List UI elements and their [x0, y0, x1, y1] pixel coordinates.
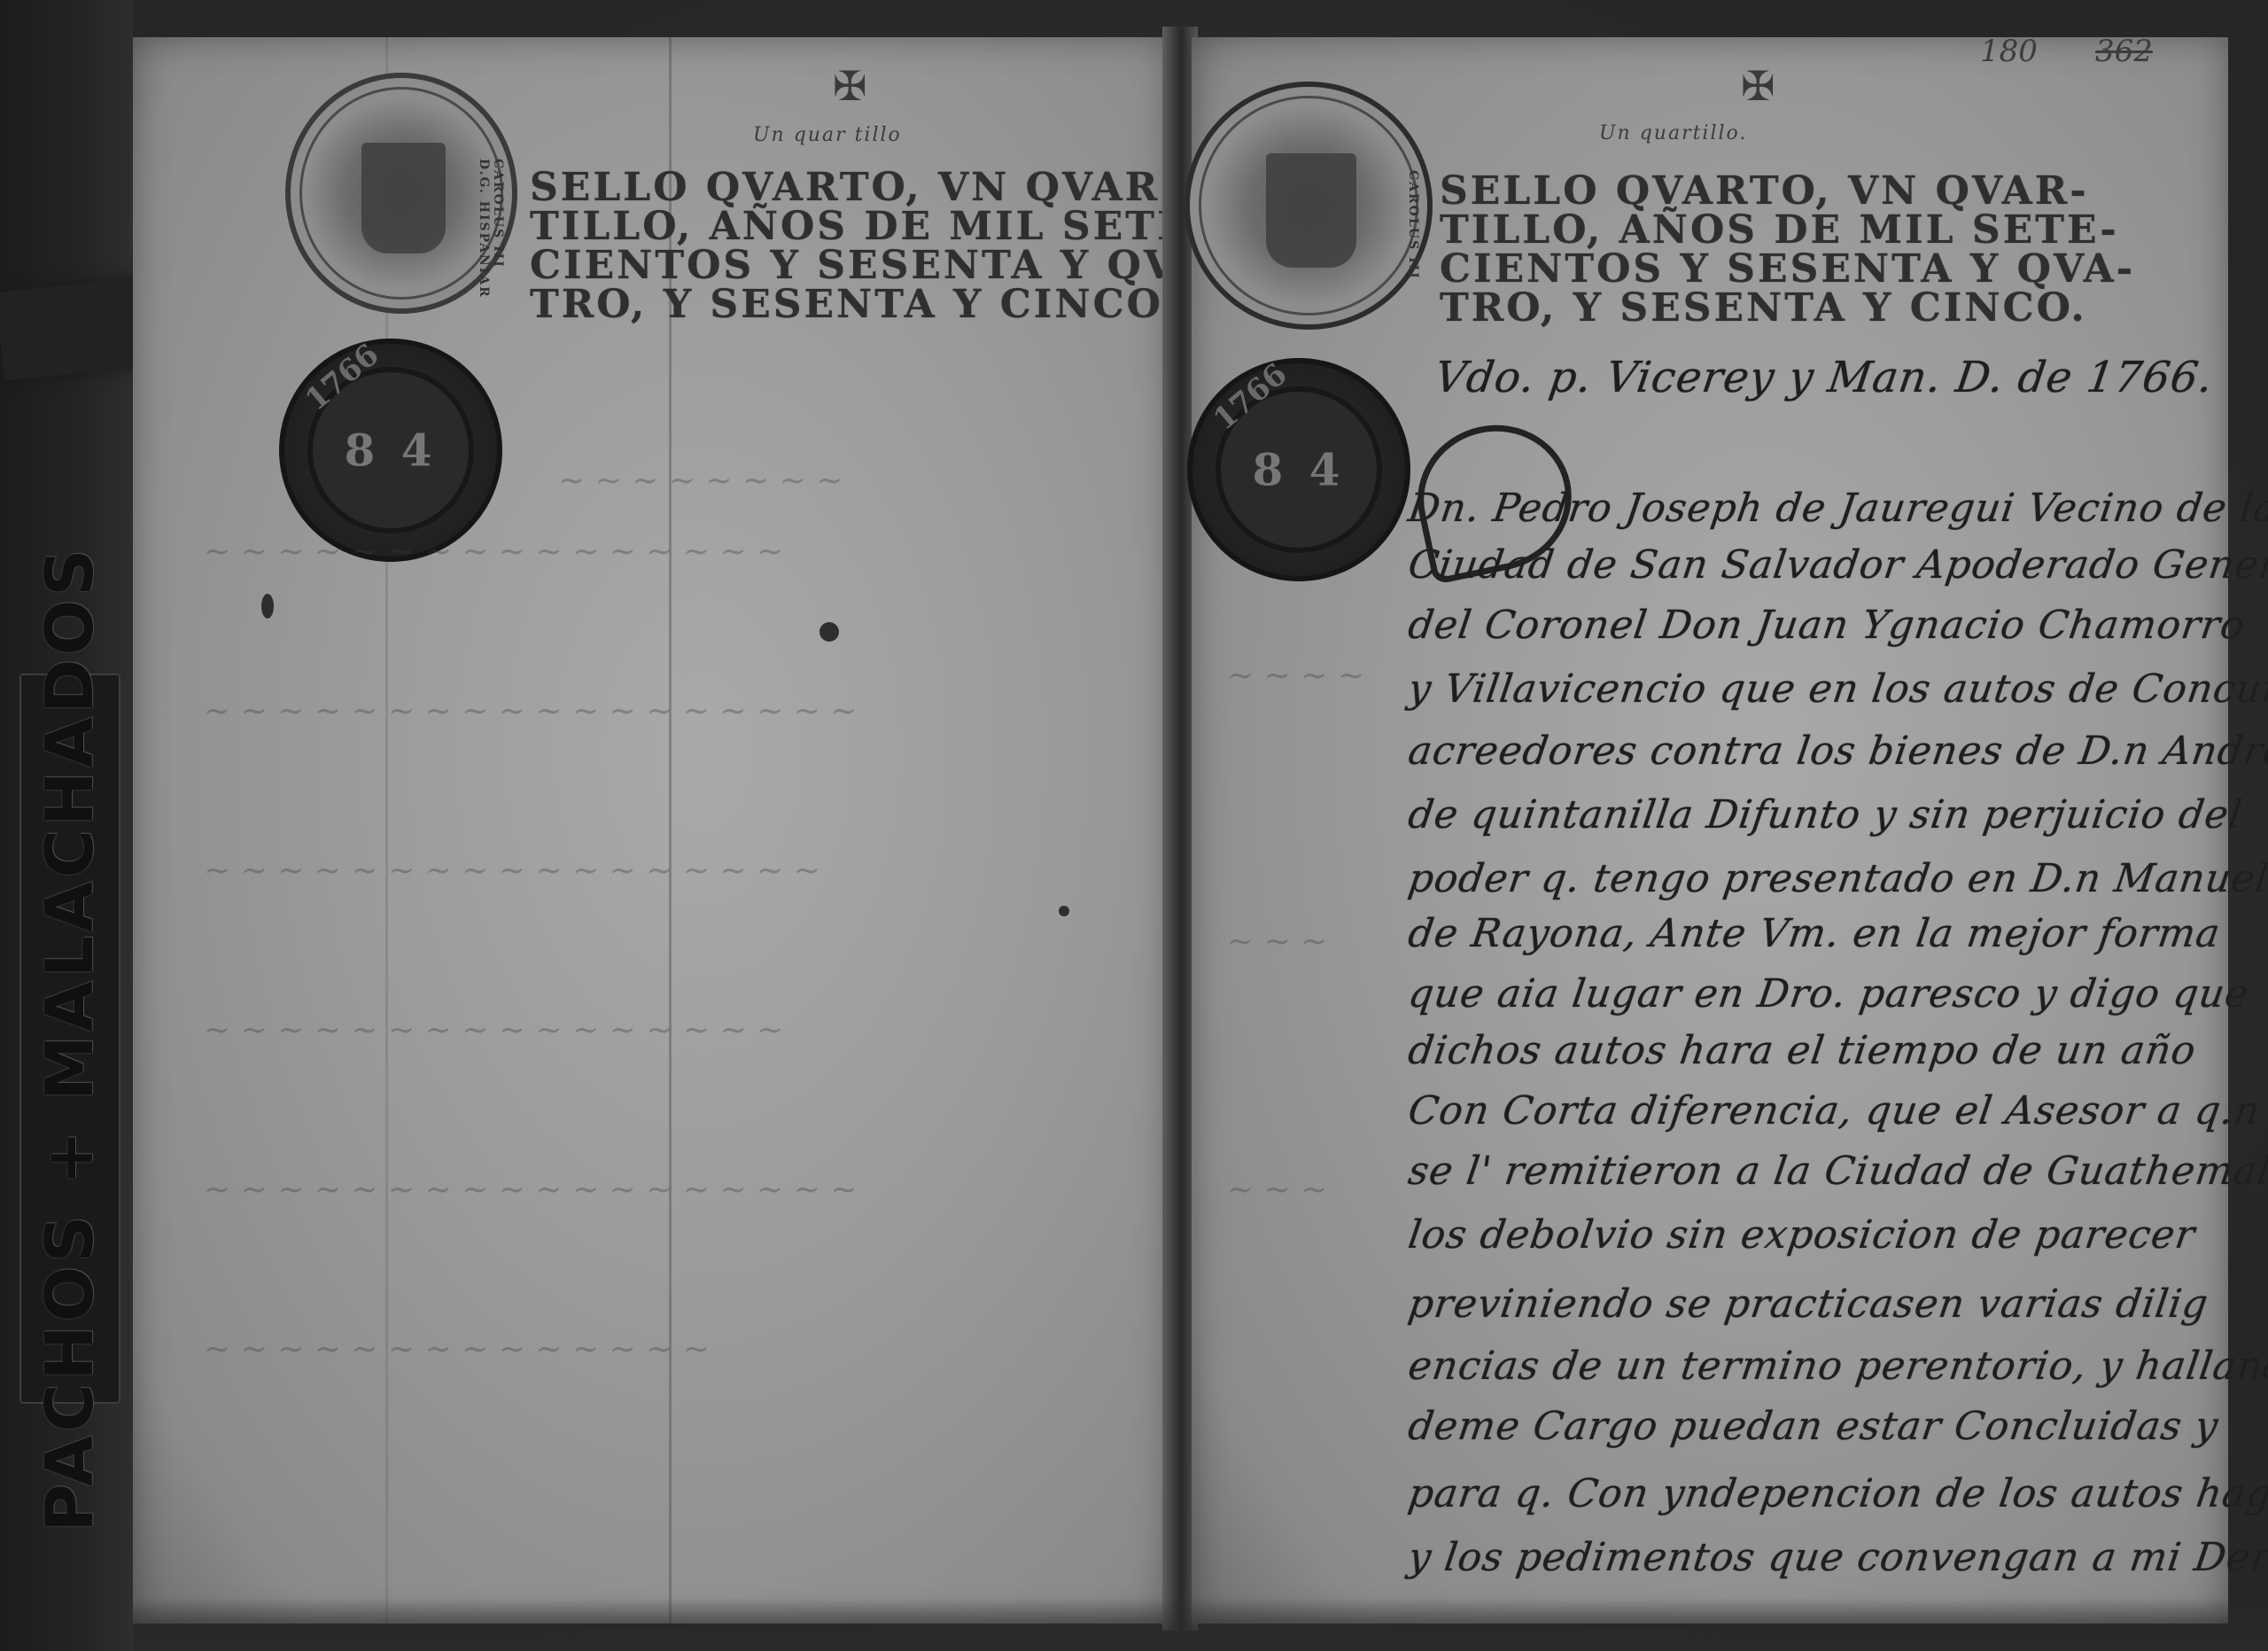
- spine-label-text: PACHOS + MALACHADOS: [32, 545, 108, 1531]
- handwritten-line: que aia lugar en Dro. paresco y digo que: [1405, 971, 2235, 1016]
- ink-blot: [819, 622, 839, 642]
- bleed-through-text: ~ ~ ~: [1227, 923, 1327, 960]
- handwritten-line: y los pedimentos que convengan a mi Dere…: [1405, 1535, 2235, 1580]
- handwritten-line: Con Corta diferencia, que el Asesor a q.…: [1405, 1088, 2235, 1133]
- handwritten-line: dichos autos hara el tiempo de un año: [1405, 1028, 2235, 1073]
- royal-coat-of-arms-seal: CAROLUS III D.G. HISPANIAR: [285, 73, 517, 314]
- bleed-through-text: ~ ~ ~ ~ ~ ~ ~ ~ ~ ~ ~ ~ ~ ~ ~ ~ ~ ~: [204, 1172, 858, 1208]
- seal-legend: CAROLUS III D.G. HISPANIAR: [477, 159, 505, 308]
- handwritten-line: de Rayona, Ante Vm. en la mejor forma: [1405, 911, 2235, 956]
- bottom-shadow: [133, 1598, 2268, 1651]
- royal-coat-of-arms-seal: CAROLUS III: [1184, 82, 1433, 330]
- validation-line: Vdo. p. Vicerey y Man. D. de 1766.: [1432, 353, 2263, 402]
- handwritten-line: del Coronel Don Juan Ygnacio Chamorro: [1405, 603, 2235, 648]
- stamp-value-seal: 1766 8 4: [279, 339, 502, 562]
- bleed-through-text: ~ ~ ~ ~ ~ ~ ~ ~ ~ ~ ~ ~ ~ ~ ~ ~: [204, 533, 783, 570]
- cross-icon: ✠: [833, 62, 867, 110]
- handwritten-line: deme Cargo puedan estar Concluidas y: [1405, 1404, 2235, 1449]
- left-page: ✠ Un quar tillo CAROLUS III D.G. HISPANI…: [133, 37, 1169, 1624]
- ink-blot: [261, 594, 274, 619]
- spine-label: PACHOS + MALACHADOS: [19, 674, 120, 1404]
- bleed-through-text: ~ ~ ~ ~ ~ ~ ~ ~ ~ ~ ~ ~ ~ ~: [204, 1331, 710, 1367]
- seal-legend: CAROLUS III: [1406, 170, 1420, 280]
- cross-icon: ✠: [1741, 62, 1775, 110]
- handwritten-line: se l' remitieron a la Ciudad de Guathema…: [1405, 1149, 2235, 1194]
- handwritten-line: los debolvio sin exposicion de parecer: [1405, 1212, 2235, 1258]
- bleed-through-text: ~ ~ ~ ~ ~ ~ ~ ~: [558, 463, 843, 499]
- handwritten-line: Dn. Pedro Joseph de Jauregui Vecino de l…: [1405, 486, 2235, 531]
- stamp-value-seal: 1766 8 4: [1187, 358, 1410, 581]
- bleed-through-text: ~ ~ ~: [1227, 1172, 1327, 1208]
- handwritten-line: poder q. tengo presentado en D.n Manuel: [1405, 856, 2235, 901]
- folio-number: 180: [1980, 34, 2038, 69]
- bleed-through-text: ~ ~ ~ ~ ~ ~ ~ ~ ~ ~ ~ ~ ~ ~ ~ ~ ~: [204, 853, 820, 889]
- handwritten-line: de quintanilla Difunto y sin perjuicio d…: [1405, 792, 2235, 837]
- seal-value: 8 4: [345, 424, 438, 477]
- stamp-caption: Un quar tillo: [753, 124, 902, 146]
- stamped-paper-header: SELLO QVARTO, VN QVAR TILLO, AÑOS DE MIL…: [530, 168, 1207, 324]
- handwritten-line: para q. Con yndepencion de los autos hag…: [1405, 1471, 2235, 1516]
- handwritten-line: y Villavicencio que en los autos de Conc…: [1405, 666, 2235, 712]
- handwritten-line: previniendo se practicasen varias dilig: [1405, 1281, 2235, 1327]
- bleed-through-text: ~ ~ ~ ~: [1227, 658, 1364, 694]
- bleed-through-text: ~ ~ ~ ~ ~ ~ ~ ~ ~ ~ ~ ~ ~ ~ ~ ~: [204, 1012, 783, 1048]
- handwritten-line: encias de un termino perentorio, y halla…: [1405, 1343, 2235, 1389]
- seal-value: 8 4: [1253, 444, 1346, 496]
- bleed-through-text: ~ ~ ~ ~ ~ ~ ~ ~ ~ ~ ~ ~ ~ ~ ~ ~ ~ ~: [204, 693, 858, 729]
- ink-blot: [1059, 906, 1069, 916]
- stamped-paper-header: SELLO QVARTO, VN QVAR- TILLO, AÑOS DE MI…: [1440, 172, 2135, 328]
- stamp-caption: Un quartillo.: [1599, 122, 1747, 144]
- handwritten-line: Ciudad de San Salvador Apoderado General: [1405, 542, 2235, 588]
- folio-number-crossed: 362: [2095, 34, 2153, 69]
- book-spine: PACHOS + MALACHADOS: [0, 0, 133, 1651]
- handwritten-line: acreedores contra los bienes de D.n Andr…: [1405, 728, 2235, 774]
